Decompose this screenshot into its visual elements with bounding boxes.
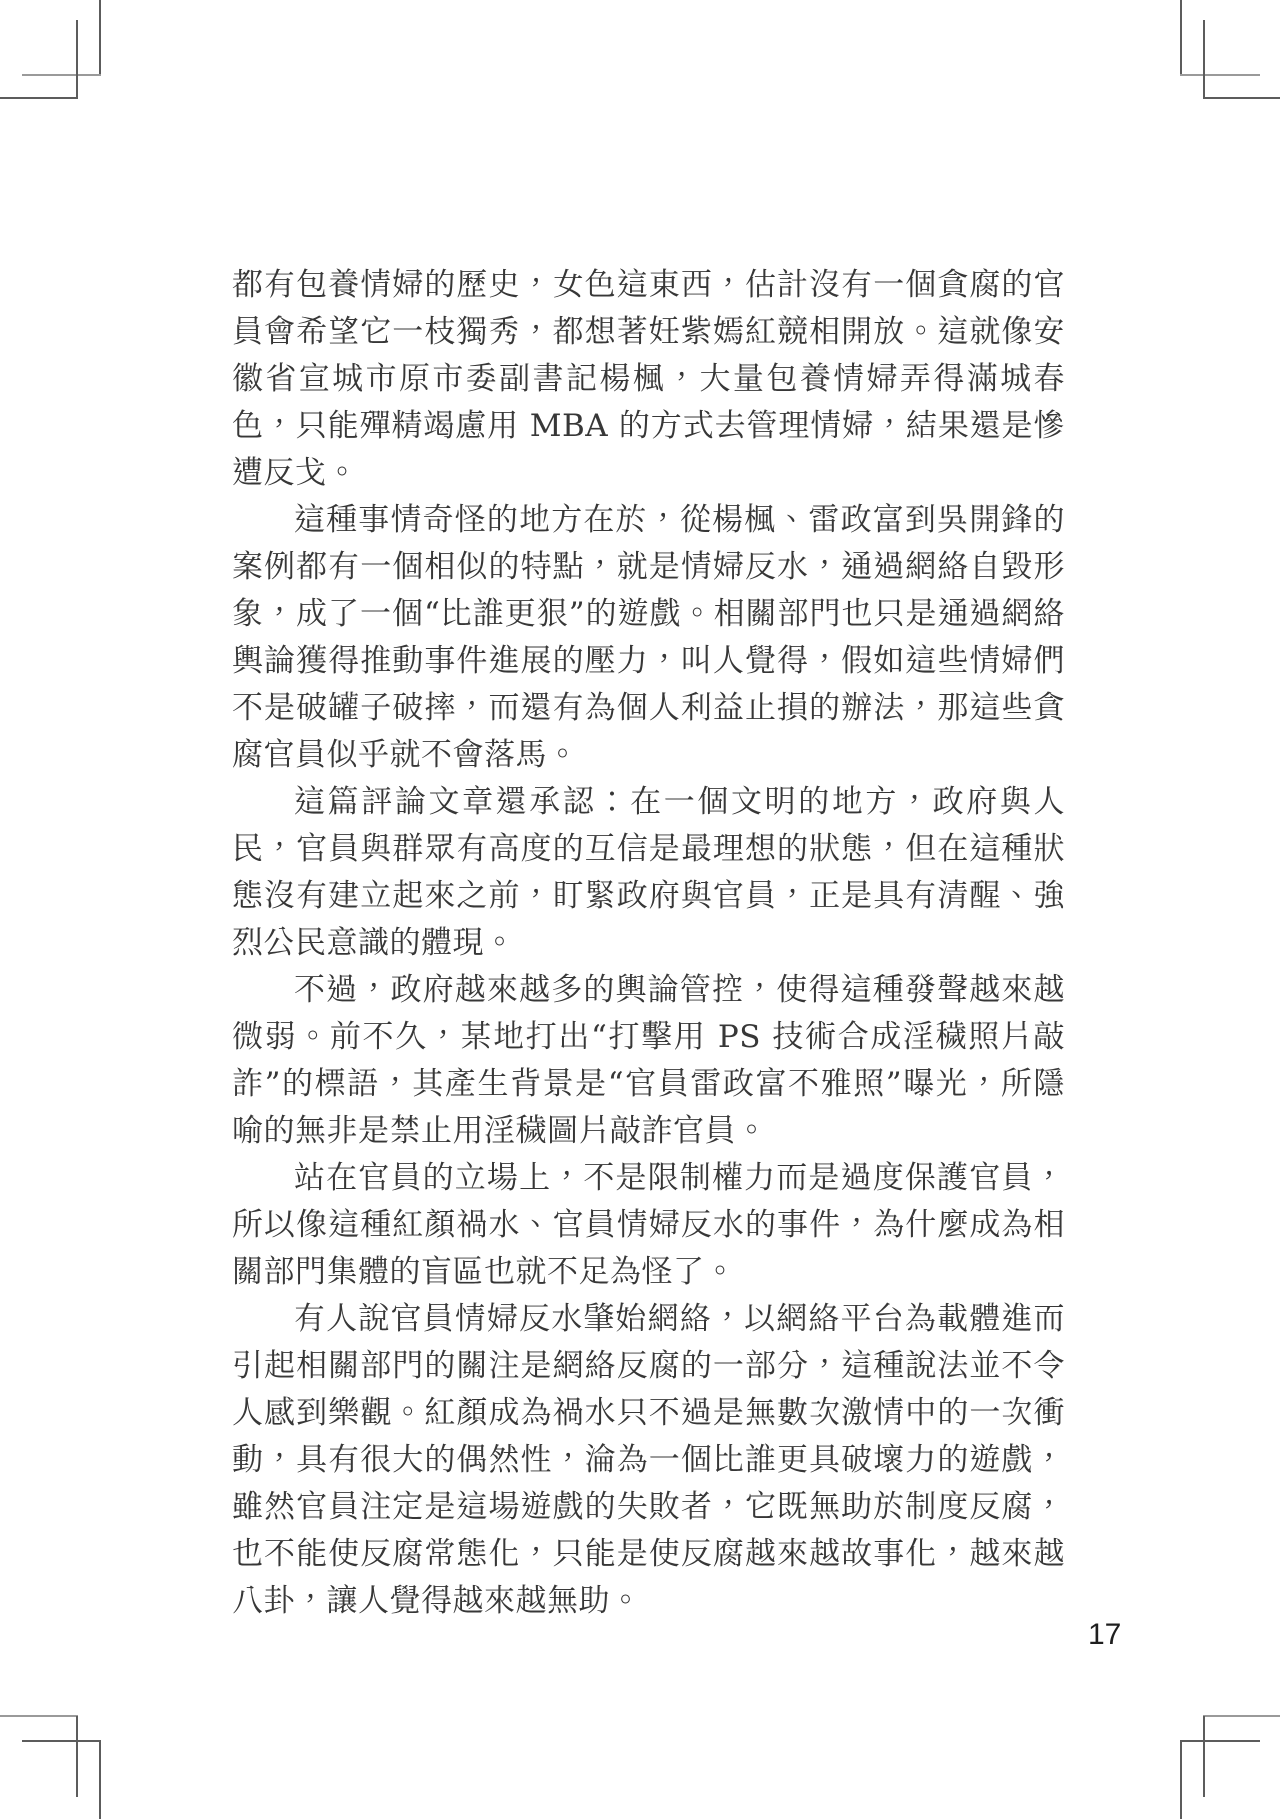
paragraph: 不過，政府越來越多的輿論管控，使得這種發聲越來越微弱。前不久，某地打出“打擊用 … xyxy=(232,967,1065,1155)
crop-mark-top-left xyxy=(99,0,101,76)
crop-mark-top-left xyxy=(22,74,101,76)
paragraph-continuation: 都有包養情婦的歷史，女色這東西，估計沒有一個貪腐的官員會希望它一枝獨秀，都想著妊… xyxy=(232,262,1065,497)
crop-mark-bottom-left xyxy=(76,1716,78,1797)
page-number: 17 xyxy=(1088,1618,1121,1652)
crop-mark-top-left xyxy=(76,20,78,99)
crop-mark-bottom-left xyxy=(22,1740,101,1742)
paragraph: 這篇評論文章還承認：在一個文明的地方，政府與人民，官員與群眾有高度的互信是最理想… xyxy=(232,779,1065,967)
crop-mark-top-right xyxy=(1180,0,1182,76)
paragraph: 有人說官員情婦反水肇始網絡，以網絡平台為載體進而引起相關部門的關注是網絡反腐的一… xyxy=(232,1296,1065,1625)
crop-mark-bottom-right xyxy=(1180,1740,1260,1742)
crop-mark-bottom-right xyxy=(1180,1741,1182,1819)
crop-mark-top-right xyxy=(1203,97,1280,99)
article-text: 都有包養情婦的歷史，女色這東西，估計沒有一個貪腐的官員會希望它一枝獨秀，都想著妊… xyxy=(232,262,1065,1625)
crop-mark-bottom-right xyxy=(1203,1716,1205,1797)
crop-mark-bottom-left xyxy=(0,1715,78,1717)
crop-mark-bottom-left xyxy=(99,1741,101,1819)
crop-mark-bottom-right xyxy=(1203,1715,1280,1717)
crop-mark-top-left xyxy=(0,97,78,99)
paragraph: 這種事情奇怪的地方在於，從楊楓、雷政富到吳開鋒的案例都有一個相似的特點，就是情婦… xyxy=(232,497,1065,779)
crop-mark-top-right xyxy=(1203,20,1205,99)
book-page: 都有包養情婦的歷史，女色這東西，估計沒有一個貪腐的官員會希望它一枝獨秀，都想著妊… xyxy=(0,0,1280,1819)
crop-mark-top-right xyxy=(1180,74,1260,76)
paragraph: 站在官員的立場上，不是限制權力而是過度保護官員，所以像這種紅顏禍水、官員情婦反水… xyxy=(232,1155,1065,1296)
